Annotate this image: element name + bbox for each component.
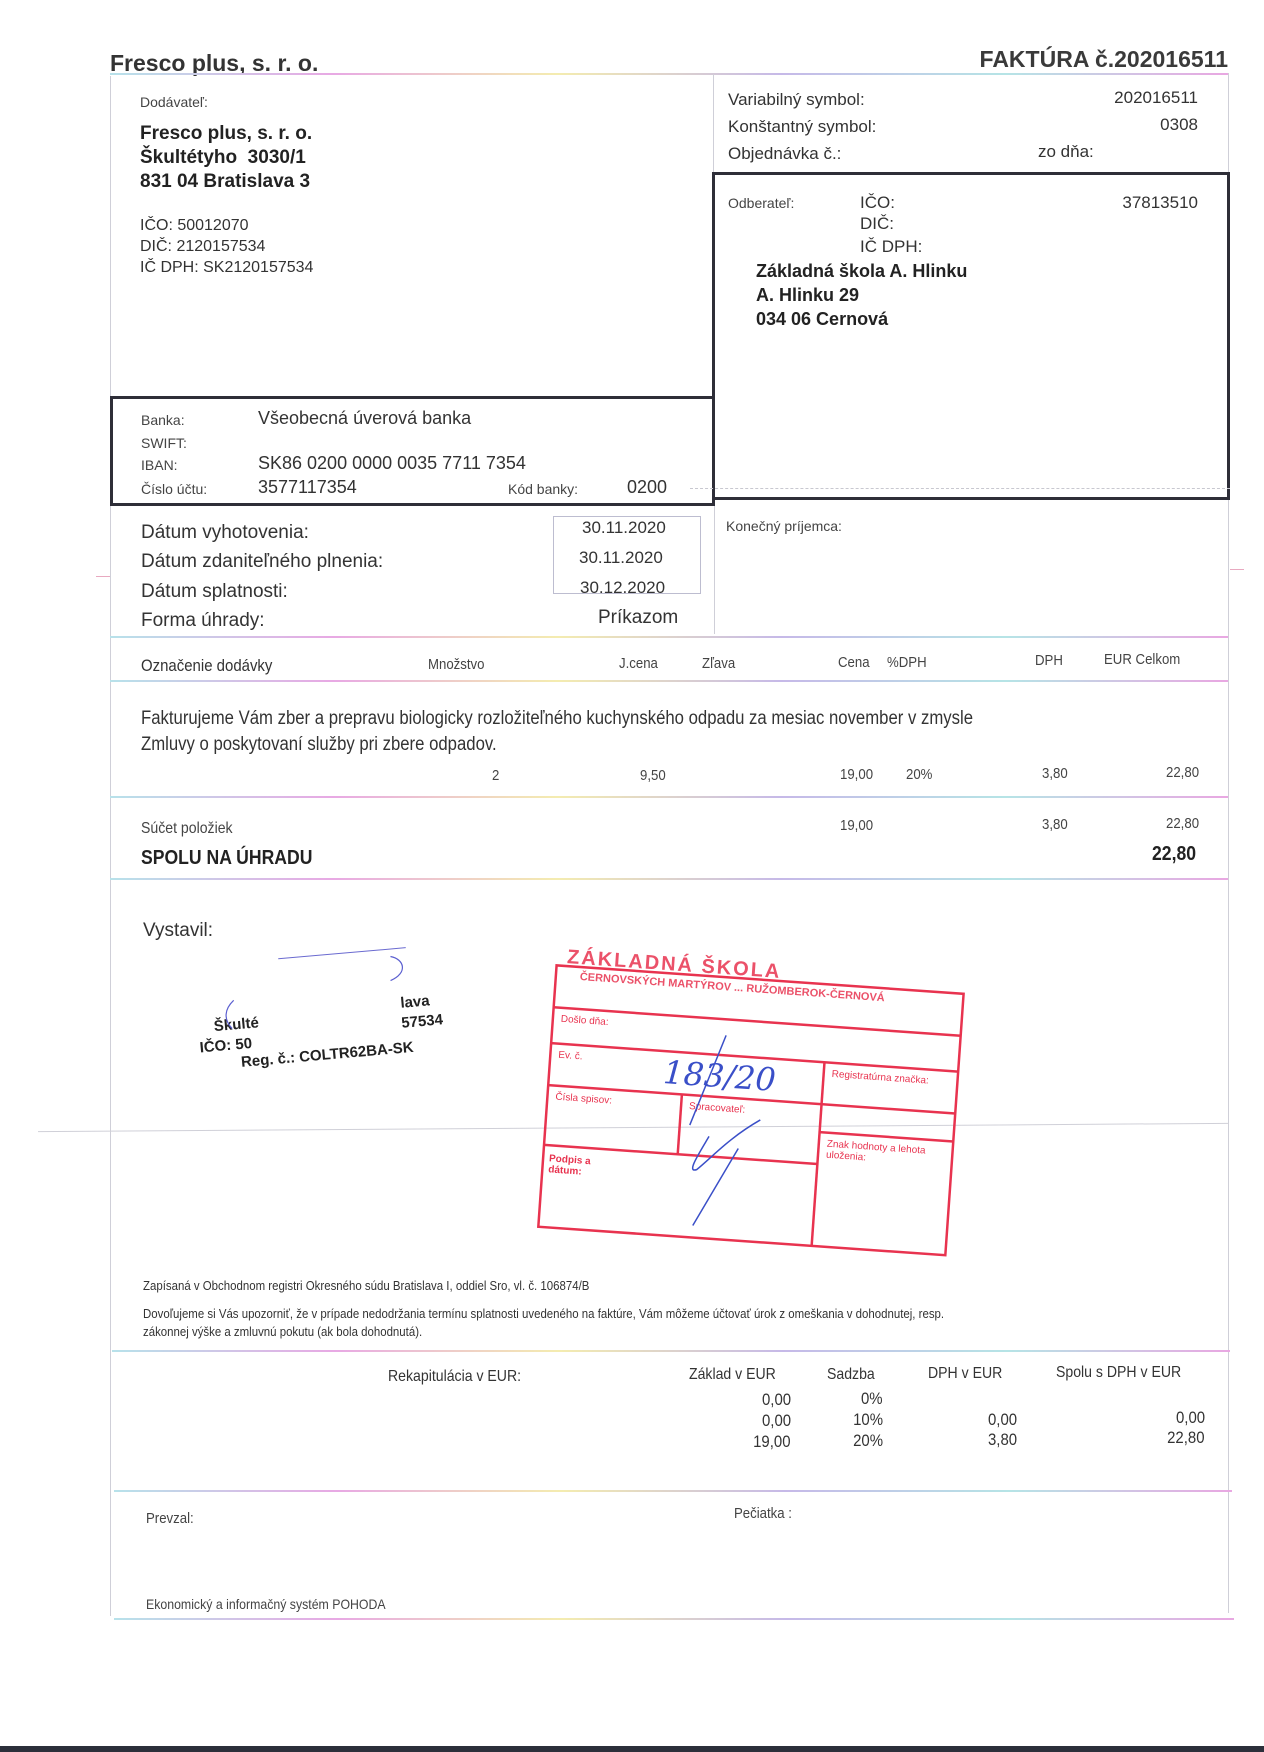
- software-credit: Ekonomický a informačný systém POHODA: [146, 1596, 386, 1612]
- recap-row0-base: 0,00: [762, 1390, 791, 1410]
- item-description-line2: Zmluvy o poskytovaní služby pri zbere od…: [141, 734, 497, 756]
- item-price: 19,00: [840, 766, 873, 783]
- column-header-vat: DPH: [1035, 652, 1063, 669]
- order-number-label: Objednávka č.:: [728, 144, 841, 164]
- sum-items-price: 19,00: [840, 817, 873, 834]
- recap-col-total: Spolu s DPH v EUR: [1056, 1364, 1181, 1382]
- recap-row2-base: 19,00: [754, 1432, 791, 1452]
- items-bottom-rule: [110, 796, 1228, 798]
- customer-ico-value: 37813510: [1122, 193, 1198, 213]
- recap-row0-rate: 0%: [861, 1389, 883, 1409]
- supplier-stamp: o. atislava Škulté 20157534 IČO: 50 Reg.…: [190, 936, 479, 1080]
- register-note: Zapísaná v Obchodnom registri Okresného …: [143, 1278, 589, 1293]
- supplier-label: Dodávateľ:: [140, 94, 208, 110]
- due-date-value: 30.12.2020: [580, 578, 665, 598]
- constant-symbol-value: 0308: [1160, 115, 1198, 135]
- recap-row1-rate: 10%: [853, 1410, 883, 1430]
- table-header-bottom-rule: [110, 680, 1228, 682]
- iban-value: SK86 0200 0000 0035 7711 7354: [258, 453, 526, 474]
- variable-symbol-label: Variabilný symbol:: [728, 90, 865, 110]
- column-header-description: Označenie dodávky: [141, 656, 272, 676]
- late-payment-notice-line2: zákonnej výške a zmluvnú pokutu (ak bola…: [143, 1324, 422, 1339]
- column-header-total: EUR Celkom: [1104, 651, 1180, 668]
- customer-ico-label: IČO:: [860, 193, 895, 213]
- dates-divider: [714, 506, 715, 634]
- total-due-value: 22,80: [1152, 843, 1196, 866]
- bank-code-label: Kód banky:: [508, 481, 578, 497]
- sum-items-total: 22,80: [1166, 815, 1199, 832]
- right-margin-mark: [1230, 569, 1244, 570]
- bank-dash-line: [690, 488, 1230, 489]
- item-description-line1: Fakturujeme Vám zber a prepravu biologic…: [141, 708, 973, 730]
- customer-ic-dph-label: IČ DPH:: [860, 237, 922, 257]
- totals-bottom-rule: [110, 878, 1228, 880]
- variable-symbol-value: 202016511: [1114, 88, 1198, 108]
- taxable-date-label: Dátum zdaniteľného plnenia:: [141, 551, 383, 573]
- column-header-quantity: Množstvo: [428, 656, 484, 673]
- column-header-unit-price: J.cena: [619, 655, 658, 672]
- frame-left: [110, 76, 111, 1616]
- final-recipient-label: Konečný príjemca:: [726, 518, 842, 534]
- page-bottom-rule: [114, 1618, 1234, 1620]
- taxable-date-value: 30.11.2020: [579, 548, 663, 568]
- supplier-street: Škultétyho 3030/1: [140, 147, 306, 169]
- received-stamp: ZÁKLADNÁ ŠKOLA ČERNOVSKÝCH MARTÝROV ... …: [532, 945, 971, 1264]
- customer-city: 034 06 Cernová: [756, 309, 888, 330]
- header-rule: [110, 73, 1228, 75]
- item-vat: 3,80: [1042, 765, 1068, 782]
- recap-row2-vat: 3,80: [988, 1430, 1017, 1450]
- item-vat-rate: 20%: [906, 766, 932, 783]
- recap-label: Rekapitulácia v EUR:: [388, 1368, 521, 1386]
- total-due-label: SPOLU NA ÚHRADU: [141, 847, 312, 870]
- notes-bottom-rule: [112, 1350, 1230, 1352]
- issue-date-value: 30.11.2020: [582, 518, 666, 538]
- sum-items-label: Súčet položiek: [141, 820, 233, 838]
- scanner-edge: [0, 1746, 1264, 1752]
- item-unit-price: 9,50: [640, 767, 666, 784]
- supplier-name: Fresco plus, s. r. o.: [140, 123, 312, 145]
- late-payment-notice-line1: Dovoľujeme si Vás upozorniť, že v prípad…: [143, 1306, 944, 1321]
- recap-col-vat: DPH v EUR: [928, 1365, 1002, 1383]
- bank-code-value: 0200: [627, 477, 667, 498]
- column-header-price: Cena: [838, 654, 870, 671]
- recap-row1-total: 0,00: [1176, 1408, 1205, 1428]
- invoice-title: FAKTÚRA č.202016511: [980, 46, 1228, 73]
- recap-row1-vat: 0,00: [988, 1410, 1017, 1430]
- bank-name: Všeobecná úverová banka: [258, 408, 471, 429]
- swift-label: SWIFT:: [141, 435, 187, 451]
- received-by-label: Prevzal:: [146, 1510, 194, 1527]
- handwritten-signature-icon: [532, 945, 971, 1264]
- recap-col-base: Základ v EUR: [689, 1366, 776, 1384]
- customer-dic-label: DIČ:: [860, 214, 894, 234]
- item-quantity: 2: [492, 767, 499, 784]
- iban-label: IBAN:: [141, 457, 178, 473]
- sum-items-vat: 3,80: [1042, 816, 1068, 833]
- order-date-label: zo dňa:: [1038, 142, 1094, 162]
- bank-label: Banka:: [141, 412, 185, 428]
- due-date-label: Dátum splatnosti:: [141, 581, 288, 603]
- issue-date-label: Dátum vyhotovenia:: [141, 522, 309, 544]
- customer-name: Základná škola A. Hlinku: [756, 261, 967, 282]
- recap-row2-rate: 20%: [853, 1431, 883, 1451]
- supplier-ico: IČO: 50012070: [140, 217, 249, 235]
- issued-by-label: Vystavil:: [143, 920, 213, 942]
- item-total: 22,80: [1166, 764, 1199, 781]
- account-number-label: Číslo účtu:: [141, 481, 207, 497]
- column-header-vat-rate: %DPH: [887, 654, 927, 671]
- payment-method-value: Príkazom: [598, 607, 678, 629]
- recap-row1-base: 0,00: [762, 1411, 791, 1431]
- customer-label: Odberateľ:: [728, 195, 794, 211]
- stamp-label: Pečiatka :: [734, 1505, 792, 1522]
- payment-method-label: Forma úhrady:: [141, 610, 265, 632]
- recap-row2-total: 22,80: [1168, 1428, 1205, 1448]
- recap-col-rate: Sadzba: [827, 1366, 875, 1384]
- supplier-dic: DIČ: 2120157534: [140, 238, 265, 256]
- left-margin-mark: [96, 576, 110, 577]
- customer-street: A. Hlinku 29: [756, 285, 859, 306]
- supplier-city: 831 04 Bratislava 3: [140, 171, 310, 193]
- account-number-value: 3577117354: [258, 477, 357, 498]
- customer-box: [712, 172, 1230, 500]
- frame-mid: [713, 74, 714, 174]
- column-header-discount: Zľava: [702, 655, 735, 672]
- table-header-top-rule: [110, 636, 1228, 638]
- recap-bottom-rule: [114, 1490, 1232, 1492]
- constant-symbol-label: Konštantný symbol:: [728, 117, 876, 137]
- signature-curve-icon: [190, 936, 479, 1080]
- supplier-ic-dph: IČ DPH: SK2120157534: [140, 259, 313, 277]
